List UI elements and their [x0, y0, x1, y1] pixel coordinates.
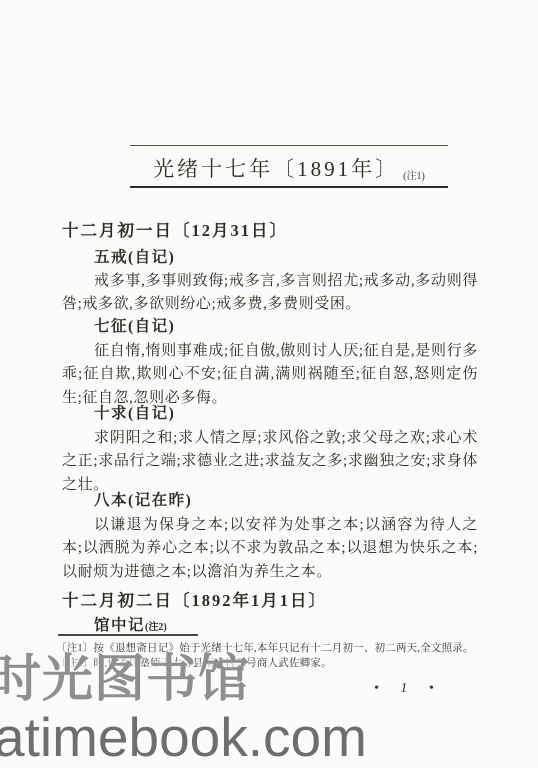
diary-paragraph: 以谦退为保身之本;以安祥为处事之本;以涵容为待人之本;以洒脱为养心之本;以不求为…	[62, 514, 478, 584]
watermark-site-name: 时光图书馆	[0, 651, 250, 707]
watermark-site-domain: atimebook.com	[0, 706, 367, 768]
footnote-divider	[58, 634, 198, 636]
section-heading-note: (注2)	[145, 622, 167, 633]
book-page: 光绪十七年〔1891年〕(注1) 十二月初一日〔12月31日〕 五戒(自记) 戒…	[0, 0, 538, 768]
section-heading: 七征(自记)	[62, 317, 478, 336]
diary-paragraph: 征自惰,惰则事难成;征自傲,傲则讨人厌;征自是,是则行多乖;征自欺,欺则心不安;…	[62, 340, 478, 410]
section-heading-text: 馆中记	[94, 617, 145, 634]
chapter-title-block: 光绪十七年〔1891年〕(注1)	[130, 145, 448, 188]
section-heading: 十求(自记)	[62, 404, 478, 423]
diary-date-heading: 十二月初二日〔1892年1月1日〕	[62, 591, 478, 611]
diary-paragraph: 戒多事,多事则致侮;戒多言,多言则招尤;戒多动,多动则得咎;戒多欲,多欲则纷心;…	[62, 270, 478, 317]
diary-date-heading: 十二月初一日〔12月31日〕	[62, 221, 478, 241]
section-heading: 五戒(自记)	[62, 248, 478, 267]
diary-paragraph: 求阴阳之和;求人情之厚;求风俗之敦;求父母之欢;求心术之正;求品行之端;求德业之…	[62, 427, 478, 497]
section-heading: 八本(记在昨)	[62, 491, 478, 510]
chapter-title-note: (注1)	[403, 171, 425, 182]
chapter-title: 光绪十七年〔1891年〕	[153, 157, 399, 181]
page-number: • 1 •	[374, 681, 443, 697]
